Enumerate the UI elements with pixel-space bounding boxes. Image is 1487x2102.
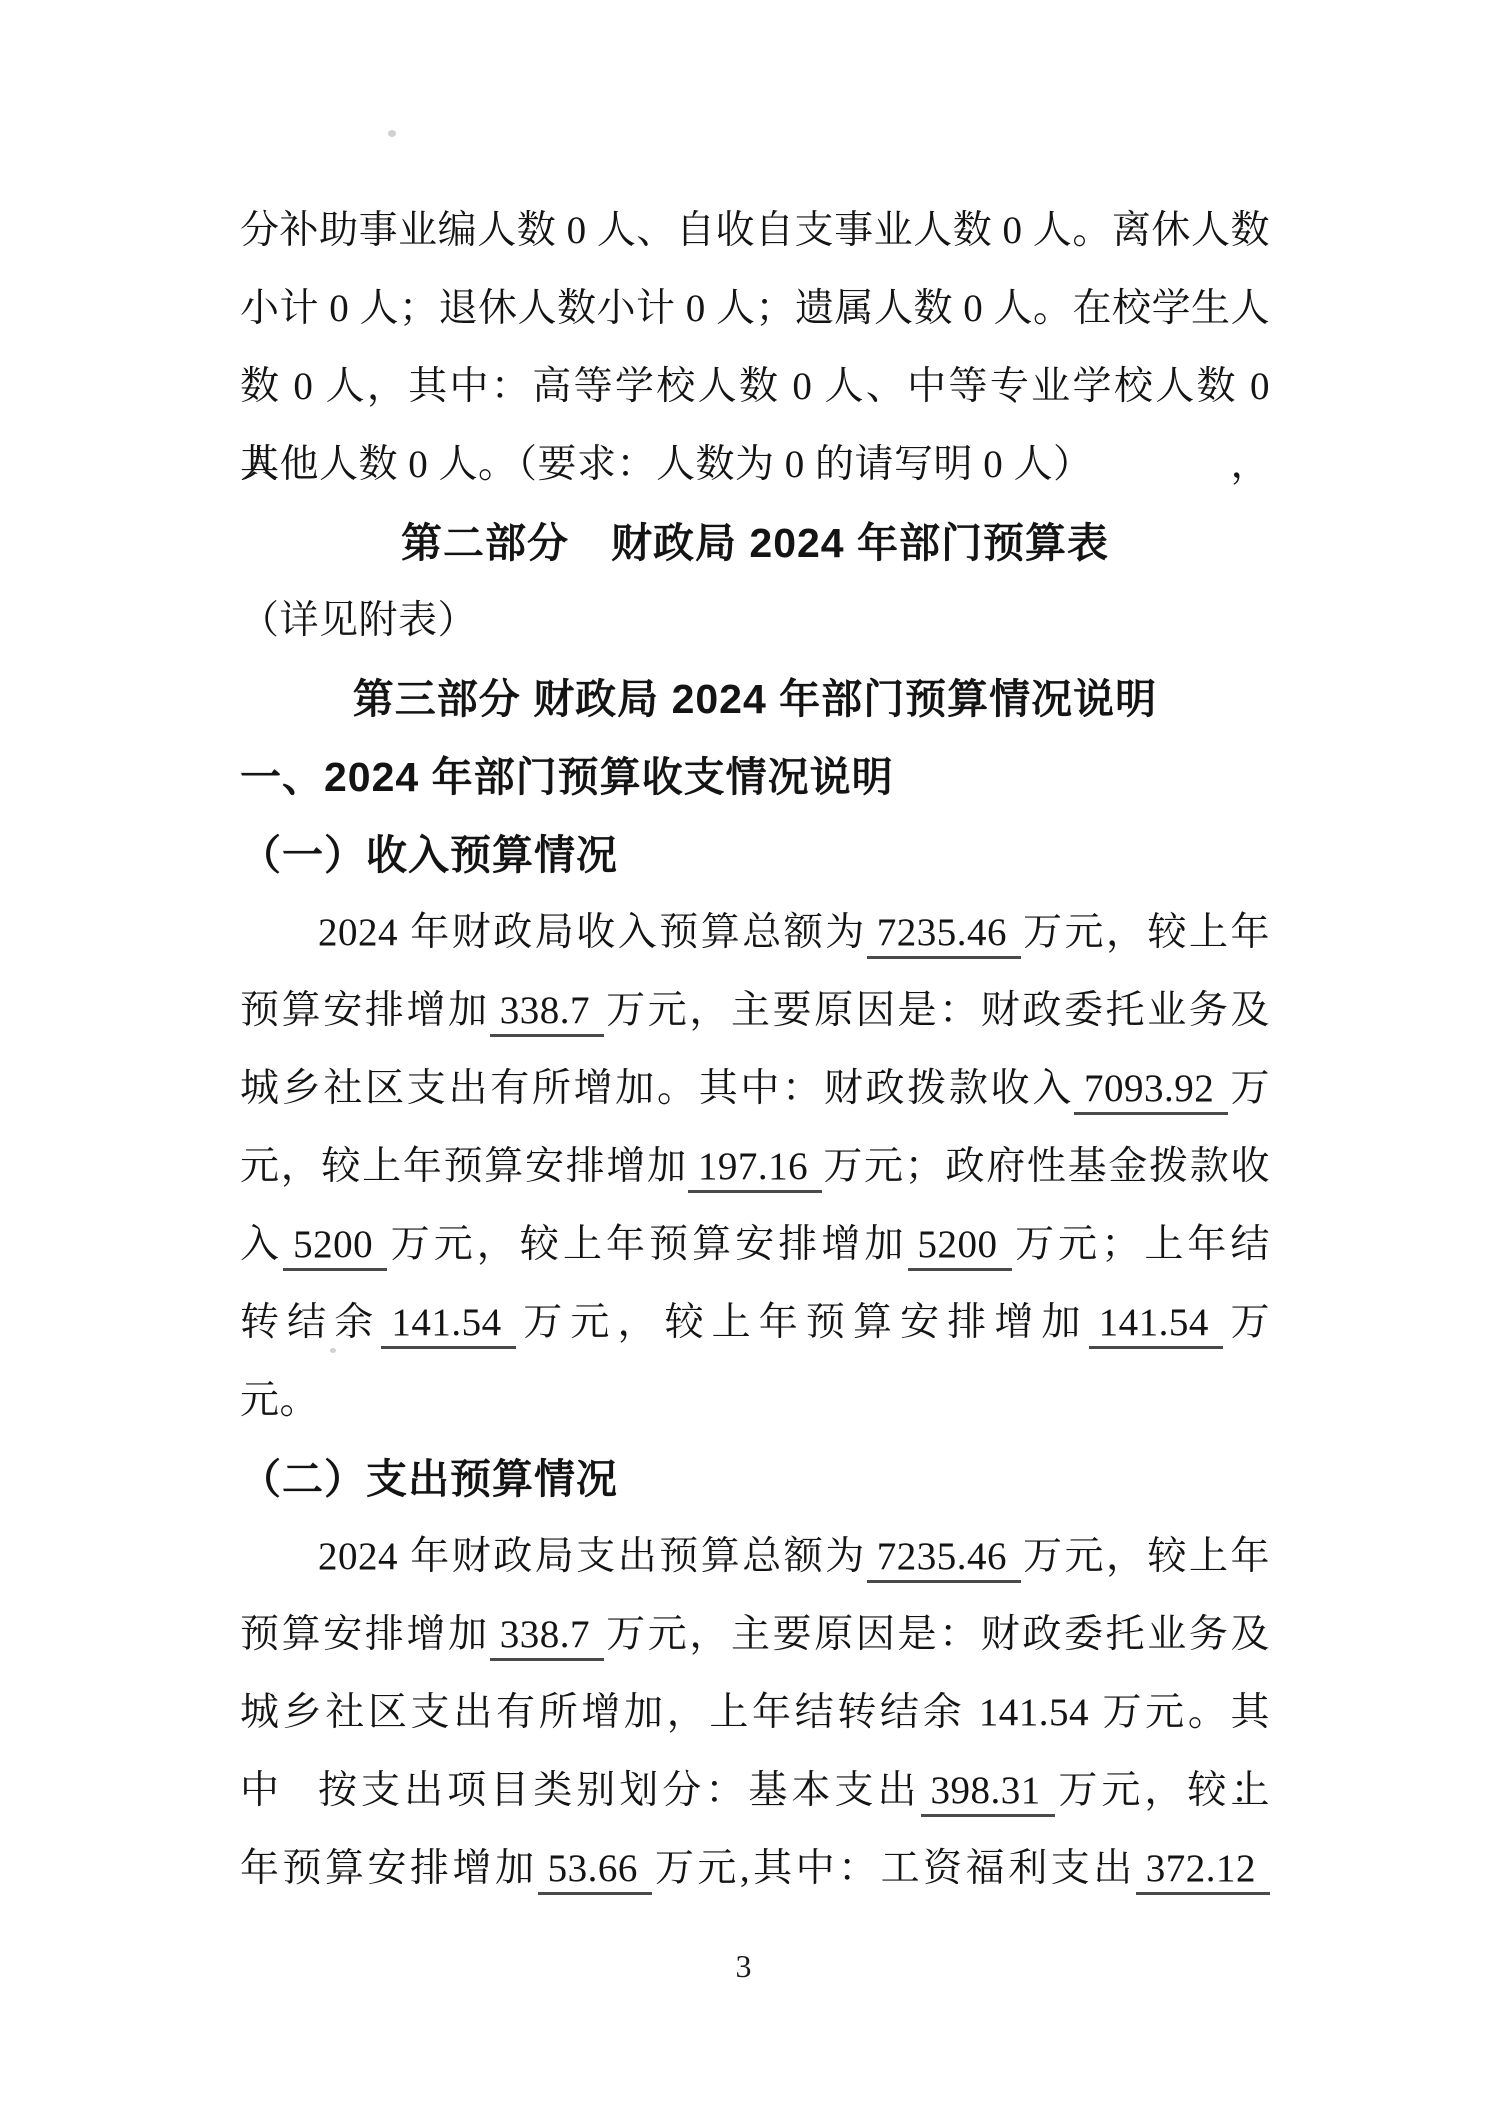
text-segment: 万元；政府性基金拨款收 xyxy=(822,1145,1270,1188)
document-body: 分补助事业编人数 0 人、自收自支事业人数 0 人。离休人数小计 0 人；退休人… xyxy=(240,192,1270,1908)
text-line: 城乡社区支出有所增加。其中：财政拨款收入7093.92万 xyxy=(240,1050,1270,1128)
text-segment: （详见附表） xyxy=(240,599,477,642)
text-line: 元。 xyxy=(240,1362,1270,1440)
underlined-amount: 7093.92 xyxy=(1074,1067,1228,1115)
scan-speck xyxy=(330,1348,336,1353)
text-segment: 其他人数 0 人。（要求：人数为 0 的请写明 0 人） xyxy=(240,443,1093,486)
section-heading-part2: 第二部分 财政局 2024 年部门预算表 xyxy=(240,504,1270,582)
text-line: 分补助事业编人数 0 人、自收自支事业人数 0 人。离休人数 xyxy=(240,192,1270,270)
scan-speck xyxy=(388,130,396,137)
text-segment: 城乡社区支出有所增加。其中：财政拨款收入 xyxy=(240,1067,1074,1110)
text-line: 年预算安排增加53.66万元,其中：工资福利支出372.12 xyxy=(240,1830,1270,1908)
text-segment: 万元，较上 xyxy=(1055,1769,1270,1812)
text-segment: 万 xyxy=(1228,1067,1270,1110)
text-segment: 年预算安排增加 xyxy=(240,1847,538,1890)
text-segment: 万元，主要原因是：财政委托业务及 xyxy=(604,989,1270,1032)
text-segment: 2024 年财政局收入预算总额为 xyxy=(318,911,867,954)
text-segment: 按支出项目类别划分：基本支出 xyxy=(318,1769,921,1812)
text-segment: 万元；上年结 xyxy=(1012,1223,1270,1266)
underlined-amount: 398.31 xyxy=(921,1769,1055,1817)
text-segment: 预算安排增加 xyxy=(240,1613,490,1656)
text-line: 元，较上年预算安排增加197.16万元；政府性基金拨款收 xyxy=(240,1128,1270,1206)
text-line: 2024 年财政局收入预算总额为7235.46万元，较上年 xyxy=(240,894,1270,972)
text-segment: 转结余 xyxy=(240,1301,381,1344)
underlined-amount: 7235.46 xyxy=(867,911,1021,959)
underlined-amount: 5200 xyxy=(908,1223,1012,1271)
text-line: 预算安排增加338.7万元，主要原因是：财政委托业务及 xyxy=(240,1596,1270,1674)
text-segment: 2024 年财政局支出预算总额为 xyxy=(318,1535,867,1578)
underlined-amount: 7235.46 xyxy=(867,1535,1021,1583)
underlined-amount: 141.54 xyxy=(381,1301,515,1349)
text-segment: 预算安排增加 xyxy=(240,989,490,1032)
text-segment: 万元，主要原因是：财政委托业务及 xyxy=(604,1613,1270,1656)
text-segment: 万元，较上年 xyxy=(1021,911,1270,954)
underlined-amount: 338.7 xyxy=(490,989,604,1037)
text-segment: 万 xyxy=(1223,1301,1270,1344)
text-segment: 分补助事业编人数 0 人、自收自支事业人数 0 人。离休人数 xyxy=(240,209,1270,252)
text-line-see-attached: （详见附表） xyxy=(240,582,1270,660)
underlined-amount: 53.66 xyxy=(538,1847,652,1895)
text-segment: 入 xyxy=(240,1223,283,1266)
text-segment: 万元，较上年预算安排增加 xyxy=(516,1301,1089,1344)
underlined-amount: 197.16 xyxy=(688,1145,822,1193)
text-segment: 第二部分 财政局 2024 年部门预算表 xyxy=(401,520,1109,566)
text-line: 按支出项目类别划分：基本支出398.31万元，较上 xyxy=(240,1752,1270,1830)
text-segment: 第三部分 财政局 2024 年部门预算情况说明 xyxy=(353,676,1157,722)
text-line: 2024 年财政局支出预算总额为7235.46万元，较上年 xyxy=(240,1518,1270,1596)
subsection-heading-income: （一）收入预算情况 xyxy=(240,816,1270,894)
scan-speck xyxy=(547,846,553,852)
document-page: 分补助事业编人数 0 人、自收自支事业人数 0 人。离休人数小计 0 人；退休人… xyxy=(0,0,1487,2102)
page-number: 3 xyxy=(0,1948,1487,1985)
subsection-heading-expense: （二）支出预算情况 xyxy=(240,1440,1270,1518)
text-segment: （二）支出预算情况 xyxy=(240,1456,618,1502)
underlined-amount: 5200 xyxy=(283,1223,387,1271)
text-segment: （一）收入预算情况 xyxy=(240,832,618,878)
underlined-amount: 338.7 xyxy=(490,1613,604,1661)
text-segment: 小计 0 人；退休人数小计 0 人；遗属人数 0 人。在校学生人 xyxy=(240,287,1270,330)
underlined-amount: 372.12 xyxy=(1136,1847,1270,1895)
text-segment: 万元,其中：工资福利支出 xyxy=(652,1847,1136,1890)
underlined-amount: 141.54 xyxy=(1089,1301,1223,1349)
text-line: 小计 0 人；退休人数小计 0 人；遗属人数 0 人。在校学生人 xyxy=(240,270,1270,348)
text-segment: 万元，较上年 xyxy=(1021,1535,1270,1578)
text-line: 城乡社区支出有所增加，上年结转结余 141.54 万元。其中： xyxy=(240,1674,1270,1752)
text-segment: 万元，较上年预算安排增加 xyxy=(387,1223,907,1266)
text-line: 预算安排增加338.7万元，主要原因是：财政委托业务及 xyxy=(240,972,1270,1050)
text-line: 入5200万元，较上年预算安排增加5200万元；上年结 xyxy=(240,1206,1270,1284)
text-line: 转结余141.54万元，较上年预算安排增加141.54万 xyxy=(240,1284,1270,1362)
subsection-heading-1: 一、2024 年部门预算收支情况说明 xyxy=(240,738,1270,816)
text-segment: 元。 xyxy=(240,1379,319,1422)
text-segment: 一、2024 年部门预算收支情况说明 xyxy=(240,754,894,800)
text-line: 数 0 人，其中：高等学校人数 0 人、中等专业学校人数 0 人， xyxy=(240,348,1270,426)
text-segment: 元，较上年预算安排增加 xyxy=(240,1145,688,1188)
section-heading-part3: 第三部分 财政局 2024 年部门预算情况说明 xyxy=(240,660,1270,738)
